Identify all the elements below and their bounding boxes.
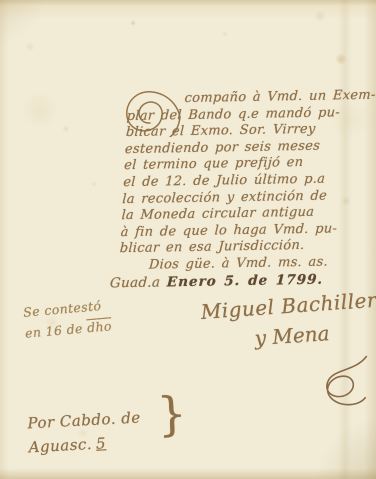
letter-line-text: el de 12. de Julio último p.a bbox=[123, 172, 326, 191]
signature-name-line-2: y Mena bbox=[202, 318, 376, 354]
letter-date: Enero 5. de 1799. bbox=[166, 271, 323, 290]
signature-block: Miguel Bachiller y Mena bbox=[200, 288, 376, 432]
signature-name-line-1: Miguel Bachiller bbox=[200, 288, 376, 324]
letter-place: Guad.a bbox=[110, 274, 161, 291]
docket-number: 5 bbox=[92, 434, 107, 453]
letter-dateline: Guad.a Enero 5. de 1799. bbox=[110, 271, 355, 292]
reply-note-text: en 16 de bbox=[24, 321, 83, 341]
letter-line-text: blicar en esa Jurisdicción. bbox=[119, 238, 304, 256]
letter-line-text: la Moneda circular antigua bbox=[121, 205, 315, 223]
paper-sheet: compaño à Vmd. un Exem- plar del Bando q… bbox=[0, 0, 376, 479]
letter-line-text: plar del Bando q.e mandó pu- bbox=[126, 105, 340, 124]
reply-note: Se contestó en 16 de dho bbox=[22, 294, 112, 343]
letter-line-text: el termino que prefijó en bbox=[124, 155, 304, 173]
letter-body: compaño à Vmd. un Exem- plar del Bando q… bbox=[118, 88, 364, 291]
letter-line-text: Dios güe. à Vmd. ms. as. bbox=[149, 254, 329, 272]
docket-brace: } bbox=[157, 401, 188, 427]
document-scan: compaño à Vmd. un Exem- plar del Bando q… bbox=[0, 0, 376, 479]
letter-line-text: compaño à Vmd. un Exem- bbox=[184, 88, 376, 106]
reply-note-abbreviation: dho bbox=[86, 318, 112, 335]
docket-note: Por Cabdo. de Aguasc.5 } bbox=[27, 405, 157, 460]
docket-place: Aguasc. bbox=[28, 435, 92, 456]
signature-rubric-icon bbox=[302, 352, 376, 419]
letter-line-text: blicar el Exmo. Sor. Virrey bbox=[125, 122, 315, 140]
letter-line-text: la recolección y extinción de bbox=[122, 188, 327, 207]
letter-line-text: estendiendo por seis meses bbox=[125, 138, 321, 156]
